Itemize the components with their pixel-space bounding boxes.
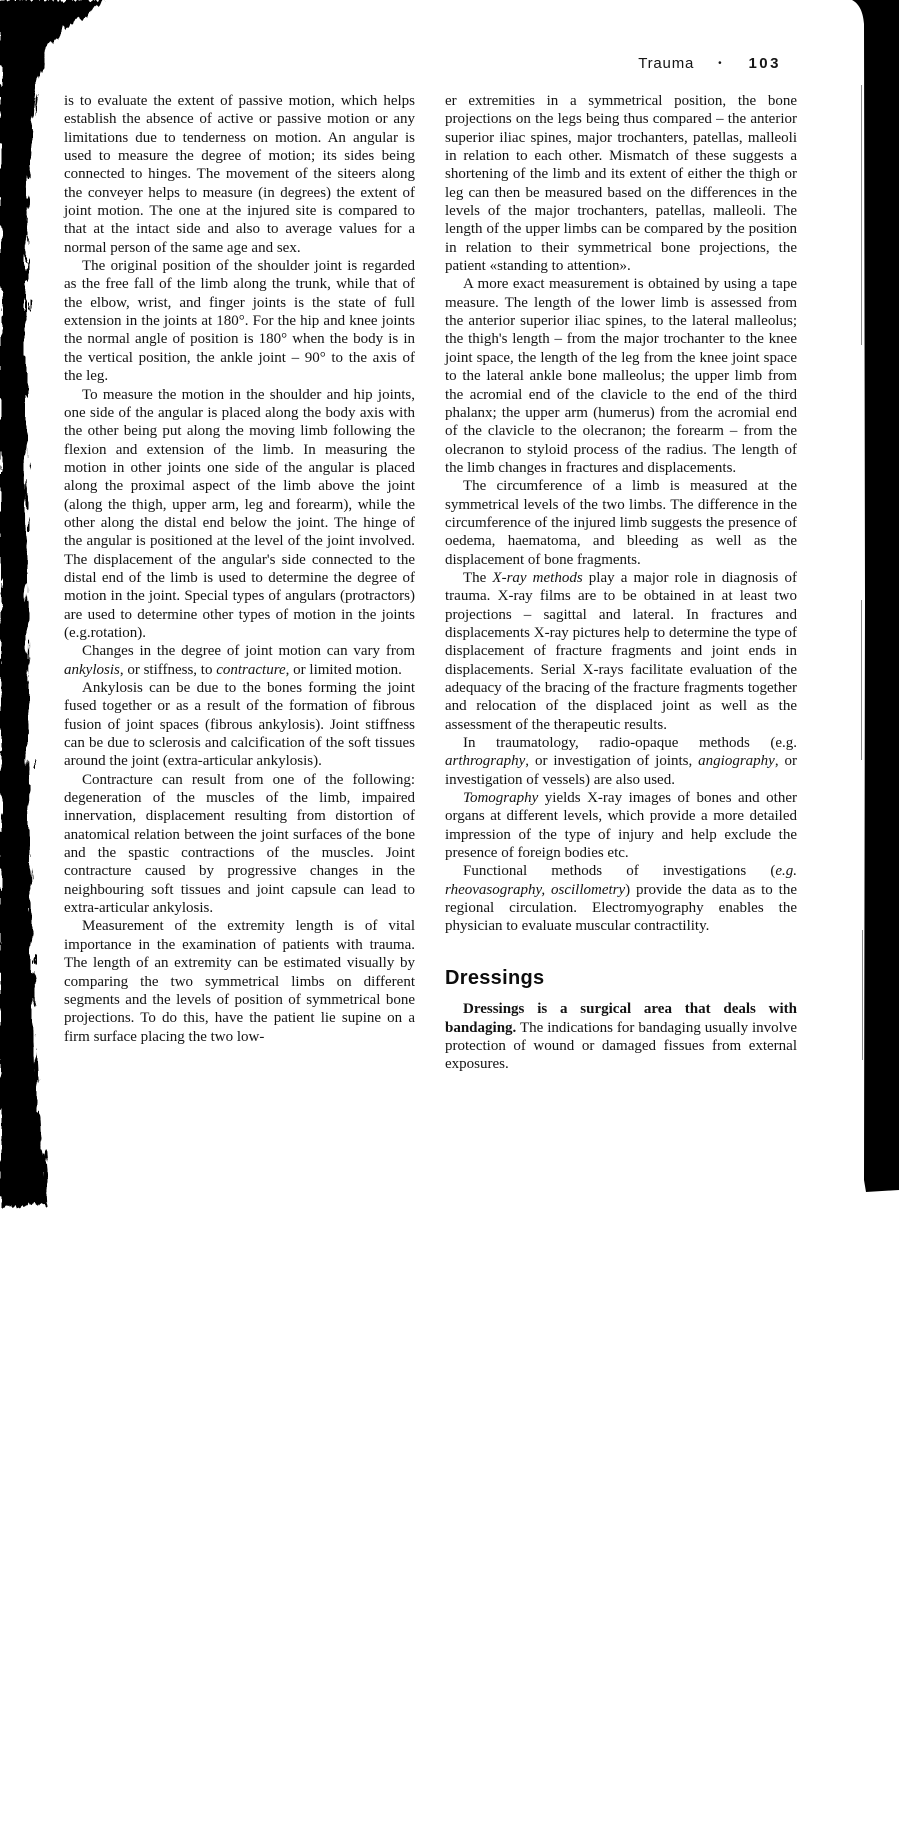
paragraph: The X-ray methods play a major role in d…	[445, 569, 797, 734]
paragraph: Ankylosis can be due to the bones formin…	[64, 679, 415, 771]
paragraph: The original position of the shoulder jo…	[64, 257, 415, 385]
paragraph: To measure the motion in the shoulder an…	[64, 386, 415, 643]
paragraph: Measurement of the extremity length is o…	[64, 917, 415, 1045]
paragraph: Contracture can result from one of the f…	[64, 771, 415, 918]
left-column: is to evaluate the extent of passive mot…	[64, 92, 415, 1074]
paragraph: is to evaluate the extent of passive mot…	[64, 92, 415, 257]
paragraph: er extremities in a symmetrical position…	[445, 92, 797, 275]
running-head-section: Trauma	[638, 55, 694, 72]
section-heading: Dressings	[445, 969, 797, 987]
running-head-page-number: 103	[748, 55, 781, 72]
page-edge-hairline	[861, 600, 862, 760]
paragraph: Functional methods of investigations (e.…	[445, 862, 797, 935]
paragraph: The circumference of a limb is measured …	[445, 477, 797, 569]
paragraph: Tomography yields X-ray images of bones …	[445, 789, 797, 862]
running-head-separator-icon: •	[718, 58, 722, 69]
paragraph: Changes in the degree of joint motion ca…	[64, 642, 415, 679]
article-body: is to evaluate the extent of passive mot…	[64, 92, 797, 1074]
page-edge-hairline	[862, 930, 863, 1060]
page-edge-hairline	[861, 85, 862, 345]
paragraph: In traumatology, radio-opaque methods (e…	[445, 734, 797, 789]
paragraph: Dressings is a surgical area that deals …	[445, 1000, 797, 1073]
right-column: er extremities in a symmetrical position…	[445, 92, 797, 1074]
scanned-document-page: Trauma•103 is to evaluate the extent of …	[0, 0, 899, 1836]
running-head: Trauma•103	[445, 55, 781, 72]
paragraph: A more exact measurement is obtained by …	[445, 275, 797, 477]
